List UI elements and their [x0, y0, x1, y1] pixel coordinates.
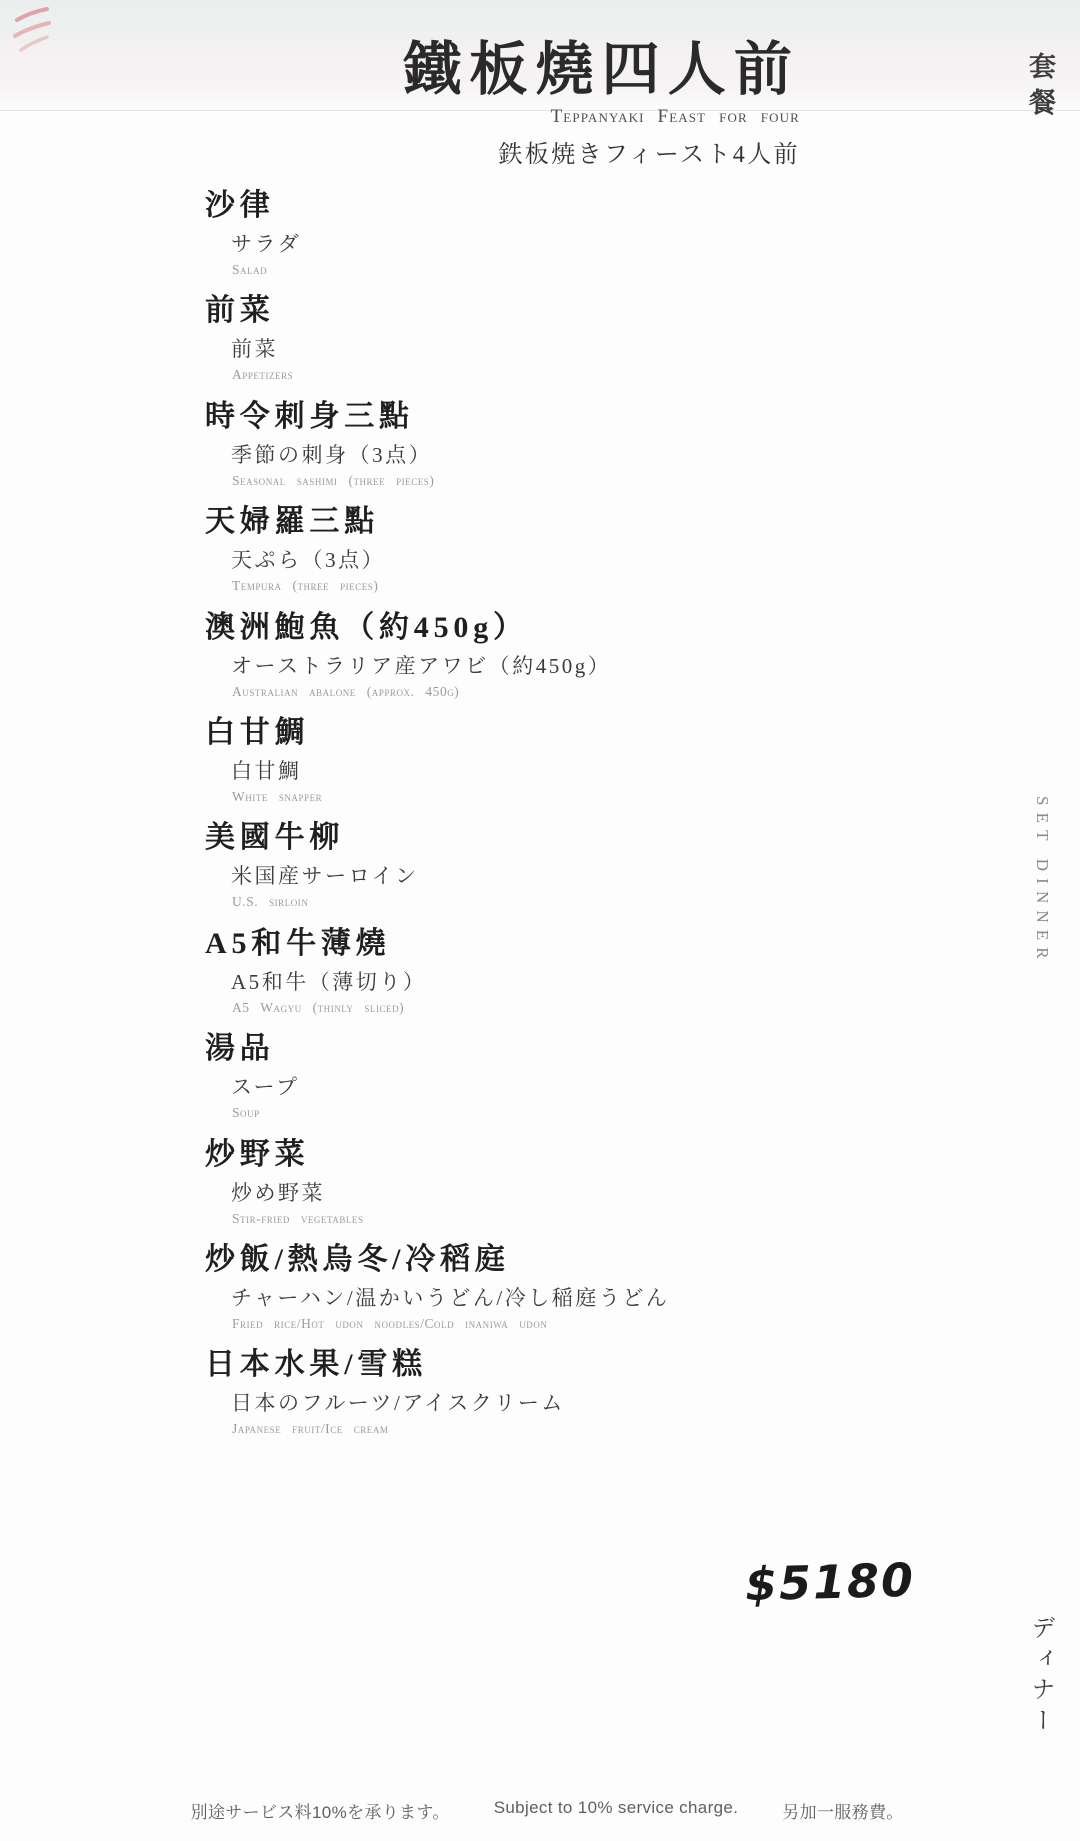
menu-item-name-chinese: 沙律 — [205, 188, 825, 224]
menu-item-name-chinese: 湯品 — [205, 1031, 825, 1067]
menu-item-name-chinese: 前菜 — [205, 293, 825, 329]
menu-item-name-japanese: 炒め野菜 — [231, 1179, 825, 1207]
vertical-label-set-dinner: SET DINNER — [1032, 796, 1052, 966]
menu-item: 白甘鯛 白甘鯛 White snapper — [205, 715, 825, 820]
menu-header: 鐵板燒四人前 Teppanyaki Feast for four 鉄板焼きフィー… — [180, 38, 800, 169]
menu-item-name-english: Seasonal sashimi (three pieces) — [232, 472, 825, 489]
menu-item-name-japanese: 米国産サーロイン — [231, 862, 825, 890]
menu-item-name-japanese: サラダ — [231, 230, 825, 258]
menu-item: 美國牛柳 米国産サーロイン U.S. sirloin — [205, 820, 825, 925]
menu-item-name-chinese: 炒野菜 — [205, 1137, 825, 1173]
menu-item: 日本水果/雪糕 日本のフルーツ/アイスクリーム Japanese fruit/I… — [205, 1347, 825, 1452]
menu-page: 鐵板燒四人前 Teppanyaki Feast for four 鉄板焼きフィー… — [0, 0, 1080, 1841]
menu-item: 天婦羅三點 天ぷら（3点） Tempura (three pieces) — [205, 504, 825, 609]
menu-item-name-english: Fried rice/Hot udon noodles/Cold inaniwa… — [232, 1315, 825, 1332]
menu-item: 炒飯/熱烏冬/冷稻庭 チャーハン/温かいうどん/冷し稲庭うどん Fried ri… — [205, 1242, 825, 1347]
menu-item-name-chinese: 炒飯/熱烏冬/冷稻庭 — [205, 1242, 825, 1278]
vertical-label-dinner-japanese: ディナー — [1023, 1615, 1058, 1738]
menu-item-name-japanese: 季節の刺身（3点） — [231, 441, 825, 469]
menu-item: A5和牛薄燒 A5和牛（薄切り） A5 Wagyu (thinly sliced… — [205, 926, 825, 1031]
menu-item-name-chinese: A5和牛薄燒 — [205, 926, 825, 962]
menu-item: 炒野菜 炒め野菜 Stir-fried vegetables — [205, 1137, 825, 1242]
menu-item-name-japanese: 日本のフルーツ/アイスクリーム — [231, 1389, 825, 1417]
menu-item-name-english: Japanese fruit/Ice cream — [232, 1420, 825, 1437]
menu-item-name-japanese: 白甘鯛 — [231, 757, 825, 785]
menu-item-name-english: Appetizers — [232, 366, 825, 383]
menu-item: 澳洲鮑魚（約450g） オーストラリア産アワビ（約450g） Australia… — [205, 610, 825, 715]
menu-item-name-japanese: スープ — [231, 1073, 825, 1101]
menu-item: 湯品 スープ Soup — [205, 1031, 825, 1136]
menu-item: 前菜 前菜 Appetizers — [205, 293, 825, 398]
menu-item-name-japanese: チャーハン/温かいうどん/冷し稲庭うどん — [231, 1284, 825, 1312]
menu-subtitle-english: Teppanyaki Feast for four — [180, 106, 800, 128]
menu-item-name-english: U.S. sirloin — [232, 893, 825, 910]
vertical-label-set-meal: 套餐 — [1021, 52, 1060, 125]
menu-item-name-english: Soup — [232, 1104, 825, 1121]
footer-note: 別途サービス料10%を承ります。 Subject to 10% service … — [191, 1798, 904, 1823]
menu-item-name-chinese: 天婦羅三點 — [205, 504, 825, 540]
menu-item-name-english: A5 Wagyu (thinly sliced) — [232, 999, 825, 1016]
menu-item-name-english: Australian abalone (approx. 450g) — [232, 683, 825, 700]
menu-item-name-english: Salad — [232, 261, 825, 278]
menu-item-name-chinese: 澳洲鮑魚（約450g） — [205, 610, 825, 646]
menu-subtitle-japanese: 鉄板焼きフィースト4人前 — [180, 134, 800, 169]
footer-note-english: Subject to 10% service charge. — [494, 1798, 739, 1823]
price: $5180 — [744, 1553, 915, 1611]
menu-item-name-english: White snapper — [232, 788, 825, 805]
menu-item-name-english: Tempura (three pieces) — [232, 577, 825, 594]
red-scribble-mark — [10, 4, 56, 61]
menu-item: 沙律 サラダ Salad — [205, 188, 825, 293]
menu-item-name-english: Stir-fried vegetables — [232, 1210, 825, 1227]
menu-item-name-chinese: 白甘鯛 — [205, 715, 825, 751]
menu-item-name-japanese: オーストラリア産アワビ（約450g） — [231, 652, 825, 680]
menu-item-name-japanese: A5和牛（薄切り） — [231, 968, 825, 996]
menu-item: 時令刺身三點 季節の刺身（3点） Seasonal sashimi (three… — [205, 399, 825, 504]
footer-note-chinese: 另加一服務費。 — [782, 1798, 903, 1823]
menu-title: 鐵板燒四人前 — [180, 38, 800, 102]
menu-item-name-chinese: 時令刺身三點 — [205, 399, 825, 435]
footer-note-japanese: 別途サービス料10%を承ります。 — [191, 1798, 450, 1823]
menu-item-name-japanese: 前菜 — [231, 335, 825, 363]
menu-item-name-chinese: 日本水果/雪糕 — [205, 1347, 825, 1383]
menu-items-list: 沙律 サラダ Salad 前菜 前菜 Appetizers 時令刺身三點 季節の… — [205, 188, 825, 1453]
menu-item-name-japanese: 天ぷら（3点） — [231, 546, 825, 574]
menu-item-name-chinese: 美國牛柳 — [205, 820, 825, 856]
